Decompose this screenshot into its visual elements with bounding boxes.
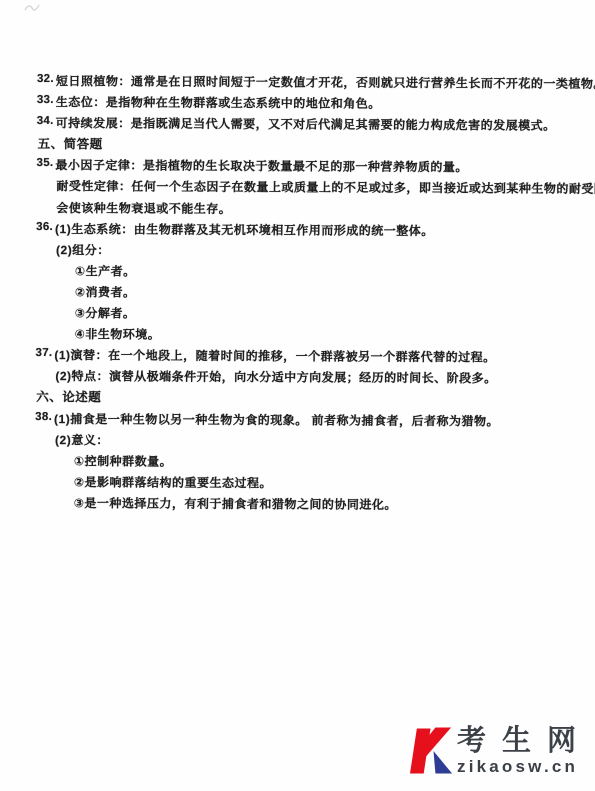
doc-line: 36.(1)生态系统：由生物群落及其无机环境相互作用而形成的统一整体。 — [0, 218, 594, 242]
doc-line-num: 37. — [35, 343, 52, 364]
doc-line-text: ③分解者。 — [75, 306, 136, 320]
brand-domain: zikaosw.cn — [457, 757, 592, 776]
doc-line-num: 35. — [36, 153, 53, 174]
doc-line-term: 可持续发展： — [56, 116, 131, 130]
doc-line-text: 是指物种在生物群落或生态系统中的地位和角色。 — [106, 95, 381, 110]
doc-line-num: 34. — [37, 111, 54, 132]
doc-line-num: 33. — [37, 90, 54, 111]
doc-line-text: 六、论述题 — [36, 390, 101, 404]
doc-line: ③是一种选择压力，有利于捕食者和猎物之间的协同进化。 — [0, 493, 593, 517]
document-page: 32.短日照植物：通常是在日照时间短于一定数值才开花，否则就只进行营养生长而不开… — [0, 0, 595, 791]
doc-line-term: 短日照植物： — [56, 74, 131, 88]
doc-line: 六、论述题 — [0, 387, 593, 411]
doc-line: ①生产者。 — [0, 261, 594, 285]
doc-line-text: ①控制种群数量。 — [74, 454, 172, 469]
doc-line-num: 32. — [37, 69, 54, 90]
doc-line-term: 演替： — [71, 348, 109, 362]
doc-line: ②是影响群落结构的重要生态过程。 — [0, 472, 593, 496]
doc-line-term: 生态位： — [56, 95, 106, 109]
doc-line-term: 生态系统： — [71, 222, 134, 236]
doc-line-text: 任何一个生态因子在数量上或质量上的不足或过多，即当接近或达到某种生物的耐受限度时… — [131, 180, 595, 197]
doc-line-pre: (2) — [55, 433, 71, 447]
doc-line: ①控制种群数量。 — [0, 450, 593, 474]
doc-line-text: 由生物群落及其无机环境相互作用而形成的统一整体。 — [134, 222, 434, 238]
doc-line: (2)意义： — [0, 429, 593, 453]
doc-line-term: 特点： — [72, 369, 110, 383]
k-logo-icon — [410, 726, 455, 776]
doc-line-text: 演替从极端条件开始，向水分适中方向发展；经历的时间长、阶段多。 — [109, 370, 497, 386]
logo-text: 考生网 zikaosw.cn — [457, 726, 592, 776]
doc-line-term: 意义： — [71, 433, 109, 447]
doc-line-text: ④非生物环境。 — [75, 327, 161, 341]
doc-line-pre: (1) — [54, 348, 70, 362]
doc-line: 耐受性定律：任何一个生态因子在数量上或质量上的不足或过多，即当接近或达到某种生物… — [0, 176, 594, 200]
k-leg-triangle — [433, 751, 452, 774]
doc-line-term: 组分： — [72, 243, 110, 257]
doc-line-text: 通常是在日照时间短于一定数值才开花，否则就只进行营养生长而不开花的一类植物。 — [131, 74, 595, 90]
doc-line-text: ②消费者。 — [75, 285, 136, 299]
doc-line-term: 最小因子定律： — [55, 158, 143, 172]
doc-line-pre: (1) — [55, 222, 71, 236]
answer-text-block: 32.短日照植物：通常是在日照时间短于一定数值才开花，否则就只进行营养生长而不开… — [0, 71, 595, 517]
doc-line-num: 38. — [35, 406, 52, 427]
doc-line-text: ③是一种选择压力，有利于捕食者和猎物之间的协同进化。 — [74, 496, 397, 512]
doc-line-text: 是指植物的生长取决于数量最不足的那一种营养物质的量。 — [143, 159, 468, 175]
doc-line-pre: (2) — [56, 243, 72, 257]
doc-line-pre: (1) — [54, 412, 70, 426]
doc-line-text: 捕食是一种生物以另一种生物为食的现象。 前者称为捕食者，后者称为猎物。 — [70, 412, 499, 428]
brand-name: 考生网 — [457, 726, 592, 757]
doc-line-text: 在一个地段上，随着时间的推移，一个群落被另一个群落代替的过程。 — [108, 349, 496, 365]
zikaosw-logo: 考生网 zikaosw.cn — [410, 726, 592, 776]
pen-mark — [24, 2, 40, 14]
doc-line: (2)组分： — [0, 240, 594, 264]
doc-line-text: ①生产者。 — [75, 264, 136, 278]
doc-line: 38.(1)捕食是一种生物以另一种生物为食的现象。 前者称为捕食者，后者称为猎物… — [0, 408, 593, 432]
doc-line-pre: (2) — [55, 369, 71, 383]
doc-line-text: 五、简答题 — [38, 137, 103, 151]
doc-line-term: 耐受性定律： — [56, 180, 131, 194]
doc-line-text: 是指既满足当代人需要，又不对后代满足其需要的能力构成危害的发展模式。 — [131, 117, 556, 133]
doc-line-text: ②是影响群落结构的重要生态过程。 — [74, 475, 272, 490]
doc-line-text: 会使该种生物衰退或不能生存。 — [56, 201, 231, 216]
doc-line-num: 36. — [36, 217, 53, 238]
doc-line: 会使该种生物衰退或不能生存。 — [0, 197, 594, 221]
